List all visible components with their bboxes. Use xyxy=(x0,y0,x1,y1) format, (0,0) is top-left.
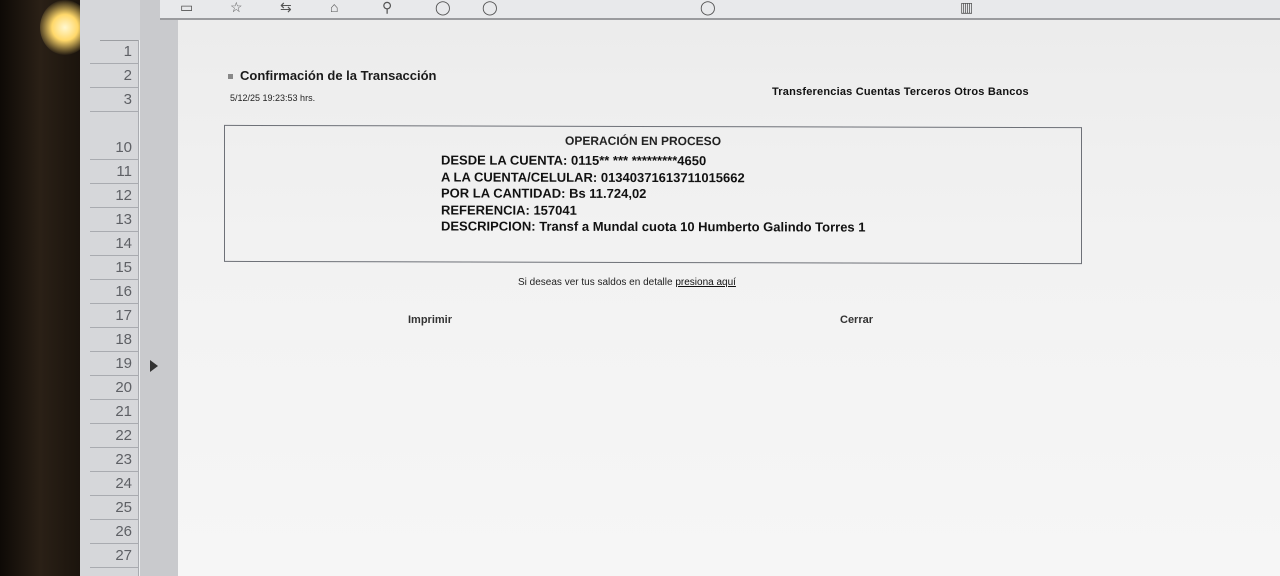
browser-toolbar: ▭ ☆ ⇆ ⌂ ⚲ ◯ ◯ ◯ ▥ xyxy=(160,0,1280,20)
share-icon[interactable]: ⇆ xyxy=(280,0,292,14)
operation-status: OPERACIÓN EN PROCESO xyxy=(565,134,721,148)
row-header[interactable]: 18 xyxy=(90,328,138,352)
star-icon[interactable]: ☆ xyxy=(230,0,243,14)
reference: REFERENCIA: 157041 xyxy=(441,202,866,220)
row-header[interactable]: 15 xyxy=(90,256,138,280)
row-header[interactable]: 12 xyxy=(90,184,138,208)
search-icon[interactable]: ⚲ xyxy=(382,0,392,14)
operation-box: OPERACIÓN EN PROCESO DESDE LA CUENTA: 01… xyxy=(224,125,1082,264)
circle-icon[interactable]: ◯ xyxy=(435,0,451,14)
row-header[interactable]: 20 xyxy=(90,376,138,400)
page-title: Confirmación de la Transacción xyxy=(228,68,437,83)
row-header[interactable]: 13 xyxy=(90,208,138,232)
row-header[interactable]: 14 xyxy=(90,232,138,256)
operation-details: DESDE LA CUENTA: 0115** *** *********465… xyxy=(441,152,866,236)
row-header[interactable]: 10 xyxy=(90,136,138,160)
row-header[interactable]: 19 xyxy=(90,352,138,376)
monitor-bezel xyxy=(0,0,80,576)
close-button[interactable]: Cerrar xyxy=(840,314,873,326)
bullet-icon xyxy=(228,74,233,79)
section-title: Transferencias Cuentas Terceros Otros Ba… xyxy=(772,86,1029,98)
row-header[interactable]: 21 xyxy=(90,400,138,424)
from-account: DESDE LA CUENTA: 0115** *** *********465… xyxy=(441,152,866,170)
row-header[interactable]: 3 xyxy=(90,88,138,112)
row-header[interactable]: 23 xyxy=(90,448,138,472)
row-header[interactable]: 22 xyxy=(90,424,138,448)
row-header[interactable]: 11 xyxy=(90,160,138,184)
circle-icon-3[interactable]: ◯ xyxy=(700,0,716,14)
window-gutter xyxy=(140,0,180,576)
amount: POR LA CANTIDAD: Bs 11.724,02 xyxy=(441,185,866,203)
row-header[interactable]: 24 xyxy=(90,472,138,496)
page-icon[interactable]: ▭ xyxy=(180,0,193,14)
row-header[interactable]: 25 xyxy=(90,496,138,520)
to-account: A LA CUENTA/CELULAR: 0134037161371101566… xyxy=(441,169,866,187)
print-button[interactable]: Imprimir xyxy=(408,314,452,326)
circle-icon-2[interactable]: ◯ xyxy=(482,0,498,14)
row-header[interactable]: 2 xyxy=(90,64,138,88)
description: DESCRIPCION: Transf a Mundal cuota 10 Hu… xyxy=(441,218,866,236)
row-header[interactable]: 17 xyxy=(90,304,138,328)
row-header[interactable]: 26 xyxy=(90,520,138,544)
transaction-page: Confirmación de la Transacción 5/12/25 1… xyxy=(178,20,1280,576)
balance-link[interactable]: presiona aquí xyxy=(675,277,736,288)
chart-icon[interactable]: ▥ xyxy=(960,0,973,14)
row-header[interactable]: 27 xyxy=(90,544,138,568)
timestamp: 5/12/25 19:23:53 hrs. xyxy=(230,93,315,103)
row-header[interactable]: 16 xyxy=(90,280,138,304)
expand-arrow-icon[interactable] xyxy=(150,360,158,372)
row-header[interactable]: 1 xyxy=(90,40,138,64)
home-icon[interactable]: ⌂ xyxy=(330,0,338,14)
balance-hint: Si deseas ver tus saldos en detalle pres… xyxy=(518,277,736,288)
